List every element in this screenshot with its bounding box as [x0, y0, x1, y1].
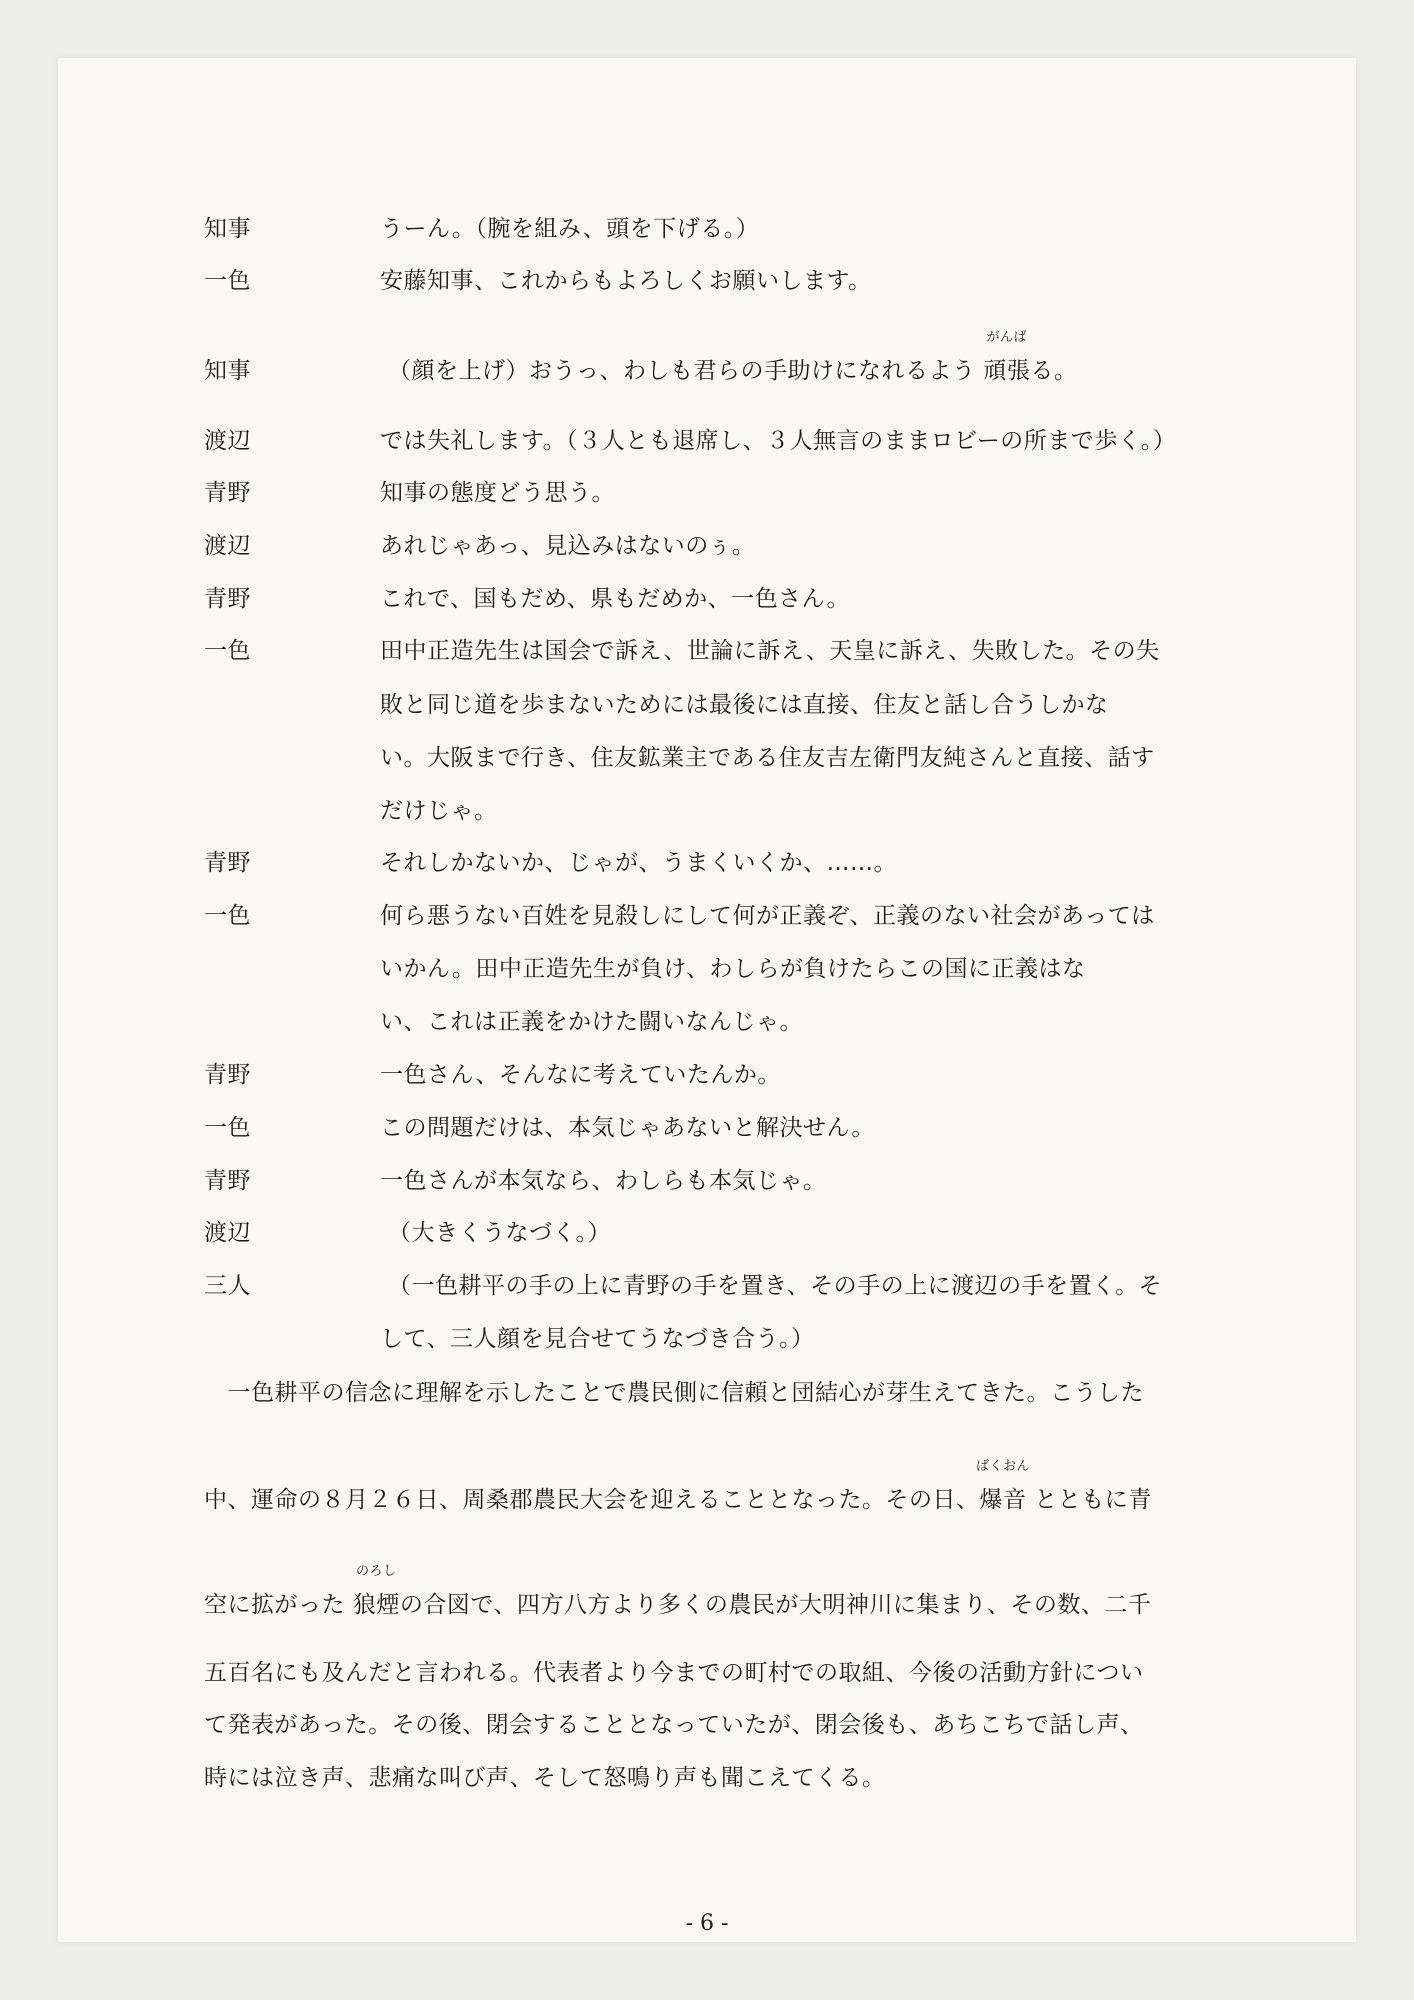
ruby-word: がんば頑張: [983, 356, 1030, 386]
dialogue-line: それしかないか、じゃが、うまくいくか、……。: [380, 848, 897, 878]
narrative-line: 時には泣き声、悲痛な叫び声、そして怒鳴り声も聞こえてくる。: [204, 1763, 886, 1793]
ruby-base: 狼煙: [353, 1592, 400, 1618]
speaker-label: 一色: [204, 901, 251, 931]
dialogue-line: では失礼します。（３人とも退席し、３人無言のままロビーの所まで歩く。）: [380, 426, 1176, 456]
dialogue-line: 敗と同じ道を歩まないためには最後には直接、住友と話し合うしかな: [380, 690, 1109, 720]
narrative-line: 空に拡がった のろし狼煙の合図で、四方八方より多くの農民が大明神川に集まり、その…: [204, 1590, 1151, 1620]
speaker-label: 青野: [204, 584, 251, 614]
speaker-label: 青野: [204, 1166, 251, 1196]
narrative-text: 中、運命の８月２６日、周桑郡農民大会を迎えることとなった。その日、: [204, 1487, 980, 1513]
dialogue-line: 安藤知事、これからもよろしくお願いします。: [380, 266, 872, 296]
ruby-annotation: のろし: [356, 1564, 397, 1580]
speaker-label: 青野: [204, 478, 251, 508]
dialogue-line: この問題だけは、本気じゃあないと解決せん。: [380, 1113, 875, 1143]
speaker-label: 一色: [204, 636, 251, 666]
narrative-text: とともに青: [1027, 1487, 1152, 1513]
dialogue-line: これで、国もだめ、県もだめか、一色さん。: [380, 584, 850, 614]
dialogue-line: 一色さん、そんなに考えていたんか。: [380, 1060, 781, 1090]
narrative-line: 五百名にも及んだと言われる。代表者より今までの町村での取組、今後の活動方針につい: [204, 1658, 1144, 1688]
dialogue-text: る。: [1030, 358, 1077, 384]
speaker-label: 知事: [204, 356, 251, 386]
narrative-line: て発表があった。その後、閉会することとなっていたが、閉会後も、あちこちで話し声、: [204, 1710, 1144, 1740]
dialogue-line: して、三人顔を見合せてうなづき合う。）: [380, 1324, 815, 1354]
speaker-label: 渡辺: [204, 1218, 251, 1248]
ruby-base: 爆音: [980, 1487, 1027, 1513]
ruby-annotation: がんば: [987, 330, 1028, 346]
ruby-annotation: ばくおん: [976, 1459, 1030, 1475]
ruby-word: ばくおん爆音: [980, 1485, 1027, 1515]
narrative-text: 空に拡がった: [204, 1592, 353, 1618]
speaker-label: 渡辺: [204, 426, 251, 456]
speaker-label: 青野: [204, 848, 251, 878]
page-number: - 6 -: [58, 1911, 1356, 1937]
dialogue-line: （顔を上げ）おうっ、わしも君らの手助けになれるよう がんば頑張る。: [388, 356, 1077, 386]
dialogue-line: 何ら悪うない百姓を見殺しにして何が正義ぞ、正義のない社会があっては: [380, 901, 1155, 931]
narrative-line: 一色耕平の信念に理解を示したことで農民側に信頼と団結心が芽生えてきた。こうした: [204, 1378, 1144, 1408]
ruby-word: のろし狼煙: [353, 1590, 400, 1620]
document-page: 知事 うーん。（腕を組み、頭を下げる。） 一色 安藤知事、これからもよろしくお願…: [58, 58, 1356, 1942]
dialogue-line: あれじゃあっ、見込みはないのぅ。: [380, 531, 755, 561]
dialogue-line: 一色さんが本気なら、わしらも本気じゃ。: [380, 1166, 827, 1196]
dialogue-line: 知事の態度どう思う。: [380, 478, 615, 508]
dialogue-line: だけじゃ。: [380, 796, 498, 826]
speaker-label: 知事: [204, 214, 251, 244]
speaker-label: 一色: [204, 266, 251, 296]
speaker-label: 青野: [204, 1060, 251, 1090]
ruby-base: 頑張: [983, 358, 1030, 384]
speaker-label: 三人: [204, 1271, 251, 1301]
dialogue-line: うーん。（腕を組み、頭を下げる。）: [380, 214, 759, 244]
narrative-line: 中、運命の８月２６日、周桑郡農民大会を迎えることとなった。その日、ばくおん爆音 …: [204, 1485, 1152, 1515]
speaker-label: 一色: [204, 1113, 251, 1143]
dialogue-line: い。大阪まで行き、住友鉱業主である住友吉左衛門友純さんと直接、話す: [380, 743, 1155, 773]
narrative-text: の合図で、四方八方より多くの農民が大明神川に集まり、その数、二千: [400, 1592, 1152, 1618]
speaker-label: 渡辺: [204, 531, 251, 561]
dialogue-line: （大きくうなづく。）: [388, 1218, 611, 1248]
dialogue-line: （一色耕平の手の上に青野の手を置き、その手の上に渡辺の手を置く。そ: [388, 1271, 1162, 1301]
dialogue-text: （顔を上げ）おうっ、わしも君らの手助けになれるよう: [388, 358, 983, 384]
dialogue-line: 田中正造先生は国会で訴え、世論に訴え、天皇に訴え、失敗した。その失: [380, 636, 1160, 666]
dialogue-line: い、これは正義をかけた闘いなんじゃ。: [380, 1007, 803, 1037]
dialogue-line: いかん。田中正造先生が負け、わしらが負けたらこの国に正義はな: [380, 954, 1085, 984]
